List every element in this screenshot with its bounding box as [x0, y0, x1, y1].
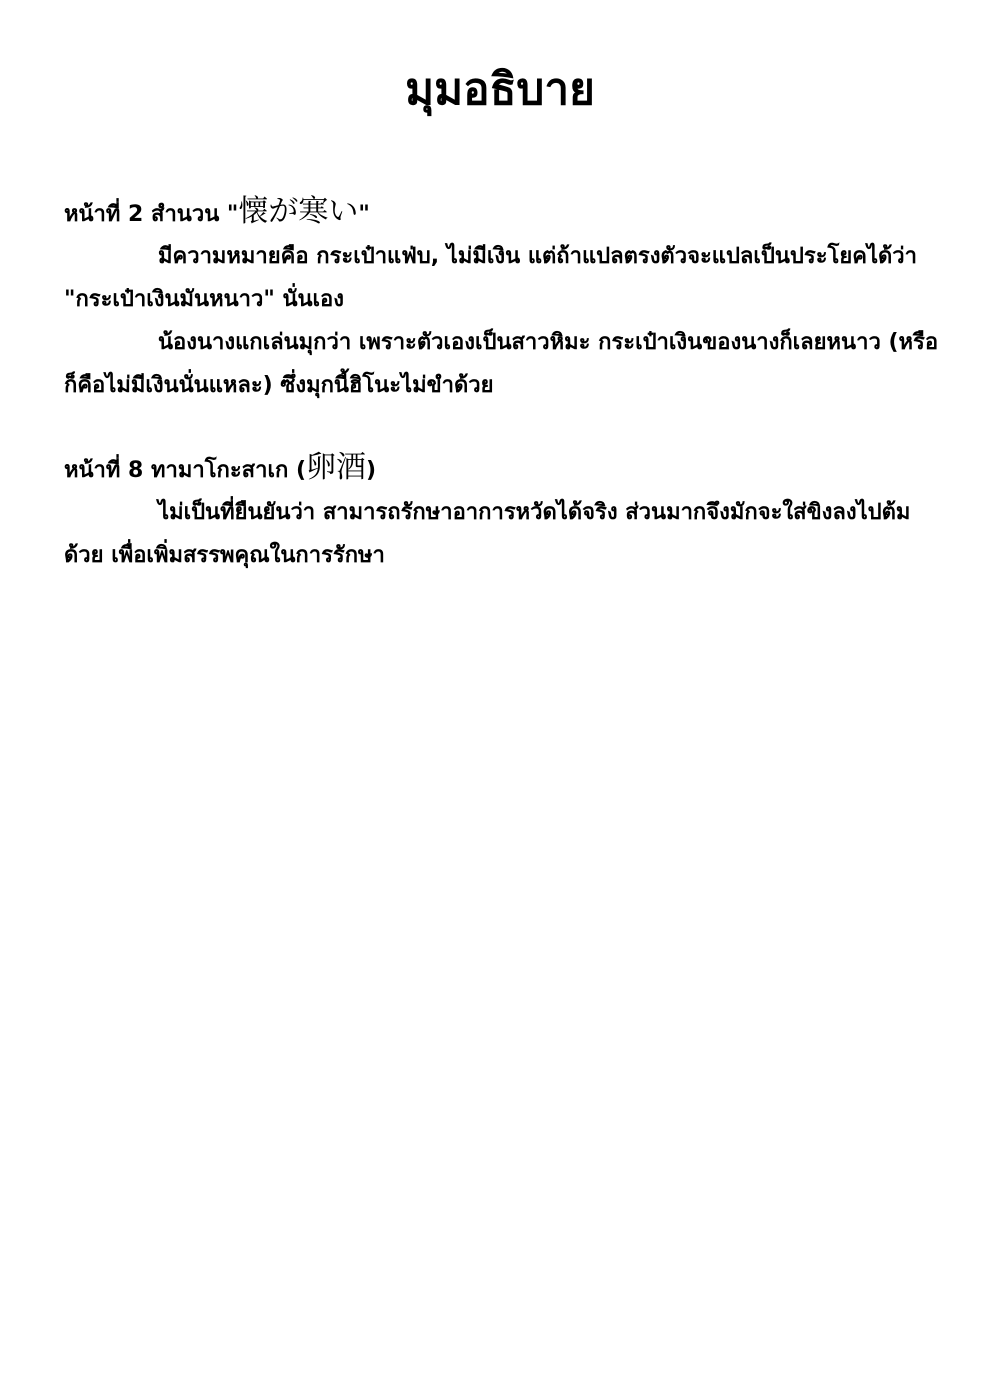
note-paragraph: ไม่เป็นที่ยืนยันว่า สามารถรักษาอาการหวัด…	[64, 491, 944, 577]
note-heading-suffix: )	[366, 458, 376, 483]
japanese-phrase: 卵酒	[306, 450, 366, 485]
note-page-8: หน้าที่ 8 ทามาโกะสาเก (卵酒) ไม่เป็นที่ยืน…	[64, 448, 944, 577]
note-page-2: หน้าที่ 2 สำนวน "懐が寒い" มีความหมายคือ กระ…	[64, 192, 944, 407]
note-paragraph: มีความหมายคือ กระเป๋าแฟ่บ, ไม่มีเงิน แต่…	[64, 235, 944, 321]
note-paragraph: น้องนางแกเล่นมุกว่า เพราะตัวเองเป็นสาวหิ…	[64, 321, 944, 407]
note-heading: หน้าที่ 2 สำนวน "懐が寒い"	[64, 192, 944, 235]
note-heading-suffix: "	[358, 202, 369, 227]
japanese-phrase: 懐が寒い	[238, 194, 358, 229]
page-title: มุมอธิบาย	[0, 58, 1000, 122]
note-heading: หน้าที่ 8 ทามาโกะสาเก (卵酒)	[64, 448, 944, 491]
note-heading-label: หน้าที่ 8 ทามาโกะสาเก (	[64, 458, 306, 483]
note-heading-label: หน้าที่ 2 สำนวน "	[64, 202, 238, 227]
